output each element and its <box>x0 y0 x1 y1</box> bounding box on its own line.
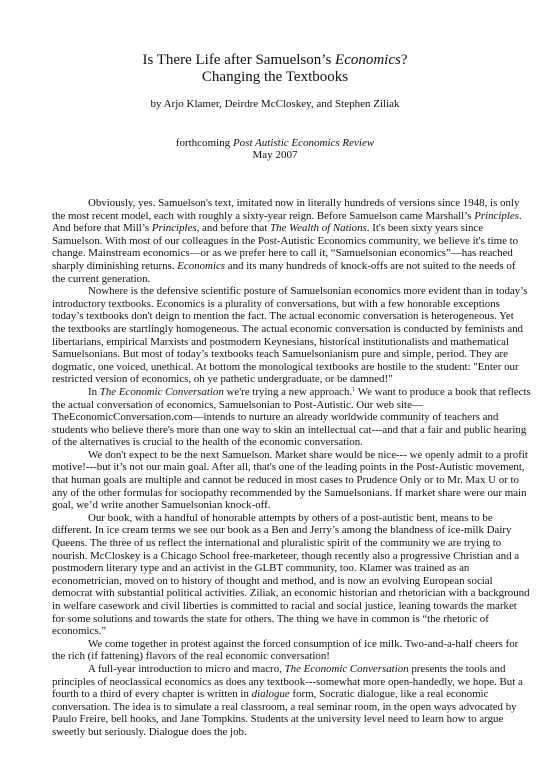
text-line: goal, we’d write another Samuelsonian kn… <box>52 499 520 512</box>
text-line: Samuelsonians. But most of today’s textb… <box>52 348 520 361</box>
text-line: We don't expect to be the next Samuelson… <box>52 449 520 462</box>
title-question-mark: ? <box>401 52 408 68</box>
text-line: the current generation. <box>52 273 520 286</box>
subtitle: Changing the Textbooks <box>0 69 550 86</box>
text-line: in welfare casework and civil liberties … <box>52 600 520 613</box>
text-line: the most recent model, each with roughly… <box>52 210 520 223</box>
paragraph-1: Obviously, yes. Samuelson's text, imitat… <box>52 197 520 285</box>
text-line: econometrician, moved on to history of t… <box>52 575 520 588</box>
text-line: restricted version of economics, oh ye p… <box>52 373 520 386</box>
text-line: conversation. The idea is to simulate a … <box>52 701 520 714</box>
text-line: libertarians, empirical Marxists and pos… <box>52 336 520 349</box>
text-line: the actual conversation of economics, Sa… <box>52 399 520 412</box>
paragraph-4: We don't expect to be the next Samuelson… <box>52 449 520 512</box>
paragraph-6: We come together in protest against the … <box>52 638 520 663</box>
body-text: Obviously, yes. Samuelson's text, imitat… <box>52 197 520 739</box>
publication-date: May 2007 <box>0 149 550 162</box>
text-line: sharply diminishing returns. Economics a… <box>52 260 520 273</box>
text-line: In The Economic Conversation we're tryin… <box>52 386 520 399</box>
text-line: the textbooks are startlingly homogeneou… <box>52 323 520 336</box>
text-line: A full-year introduction to micro and ma… <box>52 663 520 676</box>
text-line: We come together in protest against the … <box>52 638 520 651</box>
text-line: Samuelson. With most of our colleagues i… <box>52 235 520 248</box>
journal-name: Post Autistic Economics Review <box>233 137 374 149</box>
text-line: students who believe there's more than o… <box>52 424 520 437</box>
text-line: Obviously, yes. Samuelson's text, imitat… <box>52 197 520 210</box>
text-line: motive!---but it’s not our main goal. Af… <box>52 461 520 474</box>
text-line: that human goals are multiple and cannot… <box>52 474 520 487</box>
text-line: sweetly but seriously. Dialogue does the… <box>52 726 520 739</box>
title-italic-economics: Economics <box>335 52 401 68</box>
text-line: of the alternatives is crucial to the he… <box>52 436 520 449</box>
text-line: Paulo Freire, bell hooks, and Jane Tompk… <box>52 713 520 726</box>
text-line: for some solutions and towards the state… <box>52 613 520 626</box>
paragraph-7: A full-year introduction to micro and ma… <box>52 663 520 739</box>
paragraph-2: Nowhere is the defensive scientific post… <box>52 285 520 386</box>
text-line: Our book, with a handful of honorable at… <box>52 512 520 525</box>
text-line: Queens. The three of us reflect the inte… <box>52 537 520 550</box>
text-line: change. Mainstream economics—or as we pr… <box>52 247 520 260</box>
text-line: And before that Mill’s Principles, and b… <box>52 222 520 235</box>
text-line: fourth to a third of every chapter is wr… <box>52 688 520 701</box>
document-page: Is There Life after Samuelson’s Economic… <box>0 0 550 777</box>
text-line: dogmatic, one voiced, unethical. At bott… <box>52 361 520 374</box>
text-line: principles of neoclassical economics as … <box>52 676 520 689</box>
title-line-1: Is There Life after Samuelson’s Economic… <box>0 52 550 69</box>
text-line: introductory textbooks. Economics is a p… <box>52 298 520 311</box>
paragraph-5: Our book, with a handful of honorable at… <box>52 512 520 638</box>
text-line: nourish. McCloskey is a Chicago School f… <box>52 550 520 563</box>
paragraph-3: In The Economic Conversation we're tryin… <box>52 386 520 449</box>
title-text: Is There Life after Samuelson’s <box>142 52 335 68</box>
publication-venue: forthcoming Post Autistic Economics Revi… <box>0 137 550 150</box>
text-line: the rich (if fattening) flavors of the r… <box>52 650 520 663</box>
text-line: TheEconomicConversation.com—intends to n… <box>52 411 520 424</box>
venue-prefix: forthcoming <box>176 137 233 149</box>
text-line: Nowhere is the defensive scientific post… <box>52 285 520 298</box>
text-line: postmodern literary type and an activist… <box>52 562 520 575</box>
text-line: democrat with substantial political acti… <box>52 587 520 600</box>
text-line: today’s textbooks don't deign to mention… <box>52 310 520 323</box>
text-line: economics.” <box>52 625 520 638</box>
authors-line: by Arjo Klamer, Deirdre McCloskey, and S… <box>0 98 550 111</box>
text-line: any of the other formulas for sociopathy… <box>52 487 520 500</box>
text-line: different. In ice cream terms we see our… <box>52 524 520 537</box>
